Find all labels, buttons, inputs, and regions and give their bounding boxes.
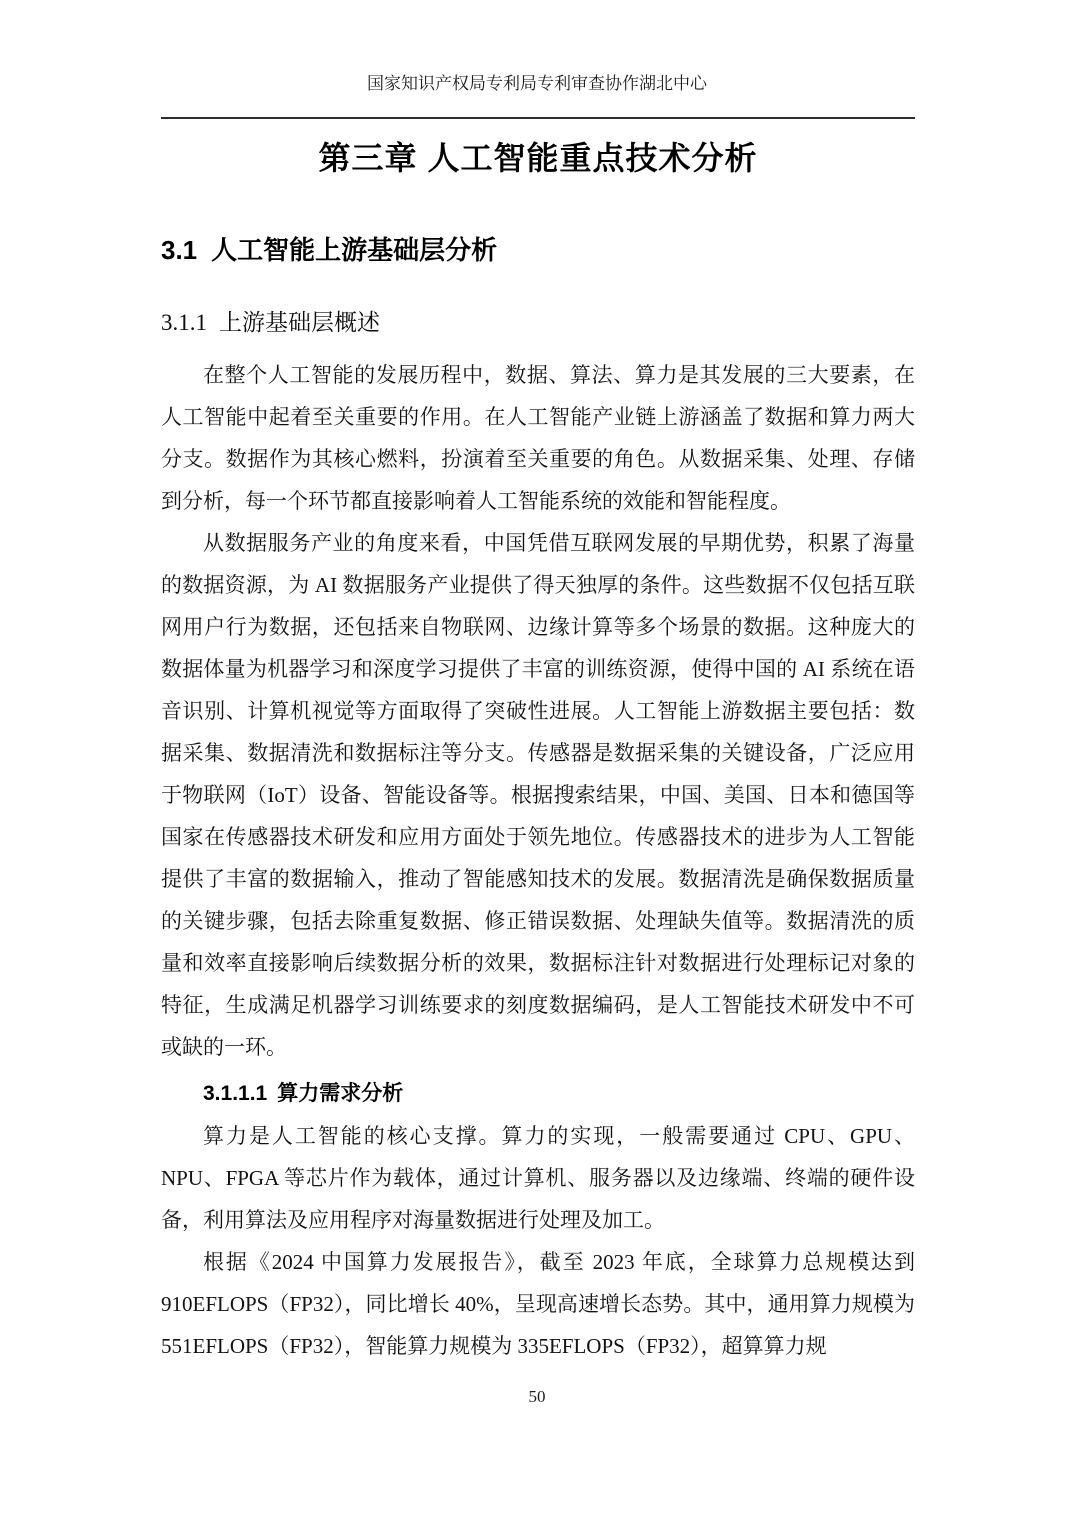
subsection-number: 3.1.1 (161, 310, 207, 335)
chapter-title: 第三章 人工智能重点技术分析 (161, 138, 915, 178)
subsubsection-heading-3-1-1-1: 3.1.1.1算力需求分析 (161, 1073, 915, 1115)
page-header-text: 国家知识产权局专利局专利审查协作湖北中心 (0, 0, 1074, 95)
paragraph-overview-2: 从数据服务产业的角度来看，中国凭借互联网发展的早期优势，积累了海量的数据资源，为… (161, 522, 915, 1068)
subsubsection-number: 3.1.1.1 (203, 1082, 267, 1105)
paragraph-compute-2: 根据《2024 中国算力发展报告》，截至 2023 年底，全球算力总规模达到 9… (161, 1241, 915, 1367)
document-page: 国家知识产权局专利局专利审查协作湖北中心 第三章 人工智能重点技术分析 3.1人… (0, 0, 1074, 1520)
subsection-title: 上游基础层概述 (219, 309, 380, 335)
section-number: 3.1 (161, 235, 197, 265)
paragraph-compute-1: 算力是人工智能的核心支撑。算力的实现，一般需要通过 CPU、GPU、NPU、FP… (161, 1115, 915, 1241)
body-text: 在整个人工智能的发展历程中，数据、算法、算力是其发展的三大要素，在人工智能中起着… (161, 354, 915, 1367)
page-number: 50 (0, 1386, 1074, 1408)
page-content: 第三章 人工智能重点技术分析 3.1人工智能上游基础层分析 3.1.1上游基础层… (0, 117, 1074, 1367)
header-divider (161, 117, 915, 119)
subsubsection-title: 算力需求分析 (277, 1082, 403, 1105)
paragraph-overview-1: 在整个人工智能的发展历程中，数据、算法、算力是其发展的三大要素，在人工智能中起着… (161, 354, 915, 522)
section-heading-3-1: 3.1人工智能上游基础层分析 (161, 233, 915, 267)
section-title: 人工智能上游基础层分析 (211, 235, 497, 265)
subsection-heading-3-1-1: 3.1.1上游基础层概述 (161, 307, 915, 338)
